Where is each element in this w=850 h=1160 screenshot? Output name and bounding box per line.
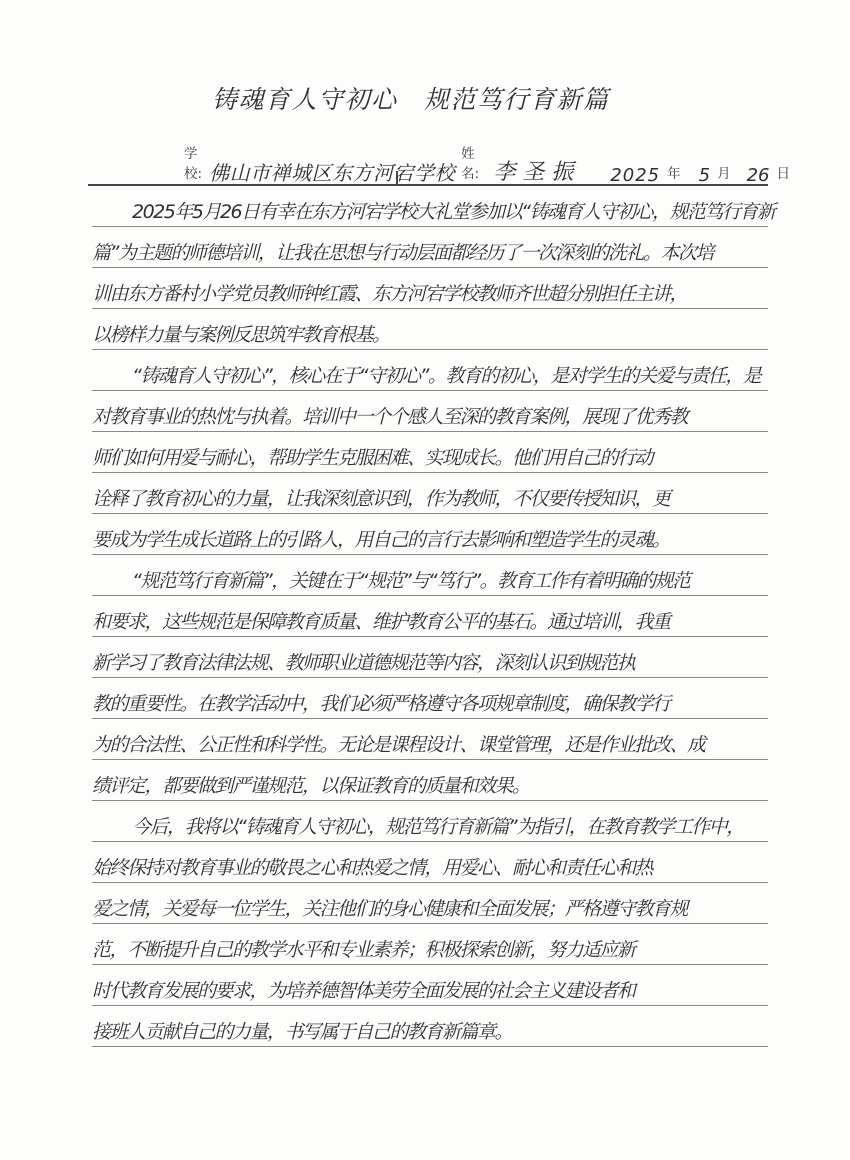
essay-line: 和要求，这些规范是保障教育质量、维护教育公平的基石。通过培训，我重 [92, 596, 768, 637]
essay-line-text: 为的合法性、公正性和科学性。无论是课程设计、课堂管理，还是作业批改、成 [92, 736, 705, 759]
essay-line: 师们如何用爱与耐心，帮助学生克服困难、实现成长。他们用自己的行动 [92, 432, 768, 473]
date-month-label: 月 [717, 162, 731, 186]
essay-line: 对教育事业的热忱与执着。培训中一个个感人至深的教育案例，展现了优秀教 [92, 391, 768, 432]
essay-line: 诠释了教育初心的力量，让我深刻意识到，作为教师，不仅要传授知识，更 [92, 473, 768, 514]
essay-line: 2025年5月26日有幸在东方河宕学校大礼堂参加以“铸魂育人守初心，规范笃行育新 [92, 186, 768, 227]
essay-line-text: 篇”为主题的师德培训，让我在思想与行动层面都经历了一次深刻的洗礼。本次培 [92, 244, 713, 267]
header-info-row: 学校: 佛山市禅城区东方河宕学校 姓名: 李圣振 2025 年 5 月 26 日 [184, 142, 790, 186]
essay-line: 新学习了教育法律法规、教师职业道德规范等内容，深刻认识到规范执 [92, 637, 768, 678]
essay-line: 为的合法性、公正性和科学性。无论是课程设计、课堂管理，还是作业批改、成 [92, 719, 768, 760]
essay-line-text: 新学习了教育法律法规、教师职业道德规范等内容，深刻认识到规范执 [92, 654, 635, 677]
student-name: 李圣振 [493, 155, 580, 186]
essay-line-text: 训由东方番村小学党员教师钟红霞、东方河宕学校教师齐世超分别担任主讲， [92, 285, 687, 308]
school-name: 佛山市禅城区东方河宕学校 [209, 157, 455, 186]
date-year: 2025 [610, 165, 660, 186]
essay-line: “铸魂育人守初心”，核心在于“守初心”。教育的初心，是对学生的关爱与责任，是 [92, 350, 768, 391]
name-label: 姓名: [461, 142, 483, 186]
essay-line-text: 对教育事业的热忱与执着。培训中一个个感人至深的教育案例，展现了优秀教 [92, 408, 687, 431]
school-label: 学校: [184, 142, 206, 186]
essay-line-text: “规范笃行育新篇”，关键在于“规范”与“笃行”。教育工作有着明确的规范 [92, 572, 690, 595]
essay-line-text: 始终保持对教育事业的敬畏之心和热爱之情，用爱心、耐心和责任心和热 [92, 859, 652, 882]
essay-line-text: 范，不断提升自己的教学水平和专业素养；积极探索创新，努力适应新 [92, 941, 635, 964]
essay-line-text: 以榜样力量与案例反思筑牢教育根基。 [92, 326, 390, 349]
essay-body: 2025年5月26日有幸在东方河宕学校大礼堂参加以“铸魂育人守初心，规范笃行育新… [92, 186, 768, 1047]
date-day-label: 日 [777, 162, 791, 186]
essay-title: 铸魂育人守初心 规范笃行育新篇 [212, 80, 610, 116]
essay-line: 以榜样力量与案例反思筑牢教育根基。 [92, 309, 768, 350]
essay-line: 训由东方番村小学党员教师钟红霞、东方河宕学校教师齐世超分别担任主讲， [92, 268, 768, 309]
essay-line: 篇”为主题的师德培训，让我在思想与行动层面都经历了一次深刻的洗礼。本次培 [92, 227, 768, 268]
essay-line: 今后，我将以“铸魂育人守初心，规范笃行育新篇”为指引，在教育教学工作中， [92, 801, 768, 842]
essay-line: 始终保持对教育事业的敬畏之心和热爱之情，用爱心、耐心和责任心和热 [92, 842, 768, 883]
essay-line-text: 诠释了教育初心的力量，让我深刻意识到，作为教师，不仅要传授知识，更 [92, 490, 670, 513]
date-day: 26 [747, 165, 770, 186]
separator-tick [396, 171, 398, 185]
essay-line: “规范笃行育新篇”，关键在于“规范”与“笃行”。教育工作有着明确的规范 [92, 555, 768, 596]
essay-line-text: 时代教育发展的要求，为培养德智体美劳全面发展的社会主义建设者和 [92, 982, 635, 1005]
date-year-label: 年 [667, 162, 681, 186]
essay-line: 要成为学生成长道路上的引路人，用自己的言行去影响和塑造学生的灵魂。 [92, 514, 768, 555]
essay-line-text: 2025年5月26日有幸在东方河宕学校大礼堂参加以“铸魂育人守初心，规范笃行育新 [92, 203, 774, 226]
essay-line: 时代教育发展的要求，为培养德智体美劳全面发展的社会主义建设者和 [92, 965, 768, 1006]
essay-line-text: 绩评定，都要做到严谨规范，以保证教育的质量和效果。 [92, 777, 530, 800]
essay-line-text: 今后，我将以“铸魂育人守初心，规范笃行育新篇”为指引，在教育教学工作中， [92, 818, 744, 841]
essay-line-text: 教的重要性。在教学活动中，我们必须严格遵守各项规章制度，确保教学行 [92, 695, 670, 718]
handwritten-essay-page: 铸魂育人守初心 规范笃行育新篇 学校: 佛山市禅城区东方河宕学校 姓名: 李圣振… [0, 0, 850, 1160]
essay-line-text: 要成为学生成长道路上的引路人，用自己的言行去影响和塑造学生的灵魂。 [92, 531, 670, 554]
essay-line-text: 师们如何用爱与耐心，帮助学生克服困难、实现成长。他们用自己的行动 [92, 449, 652, 472]
date-month: 5 [699, 165, 710, 186]
essay-line: 接班人贡献自己的力量，书写属于自己的教育新篇章。 [92, 1006, 768, 1047]
essay-line: 教的重要性。在教学活动中，我们必须严格遵守各项规章制度，确保教学行 [92, 678, 768, 719]
essay-line-text: “铸魂育人守初心”，核心在于“守初心”。教育的初心，是对学生的关爱与责任，是 [92, 367, 760, 390]
essay-line: 范，不断提升自己的教学水平和专业素养；积极探索创新，努力适应新 [92, 924, 768, 965]
essay-line-text: 和要求，这些规范是保障教育质量、维护教育公平的基石。通过培训，我重 [92, 613, 670, 636]
essay-line-text: 接班人贡献自己的力量，书写属于自己的教育新篇章。 [92, 1023, 512, 1046]
essay-line: 爱之情，关爱每一位学生，关注他们的身心健康和全面发展；严格遵守教育规 [92, 883, 768, 924]
essay-line: 绩评定，都要做到严谨规范，以保证教育的质量和效果。 [92, 760, 768, 801]
essay-line-text: 爱之情，关爱每一位学生，关注他们的身心健康和全面发展；严格遵守教育规 [92, 900, 687, 923]
